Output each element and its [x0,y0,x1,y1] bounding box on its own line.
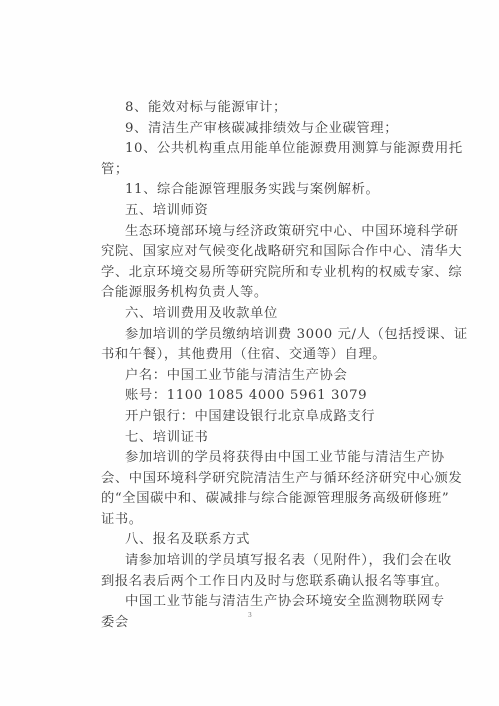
text-line: 户名：中国工业节能与清洁生产协会 [101,366,401,387]
text-line: 学、北京环境交易所等研究院所和专业机构的权威专家、综 [101,263,401,284]
document-page: 8、能效对标与能源审计；9、清洁生产审核碳减排绩效与企业碳管理；10、公共机构重… [0,0,499,706]
text-line: 六、培训费用及收款单位 [101,304,401,325]
text-line: 合能源服务机构负责人等。 [101,283,401,304]
text-line: 参加培训的学员缴纳培训费 3000 元/人（包括授课、证 [101,325,401,346]
text-line: 会、中国环境科学研究院清洁生产与循环经济研究中心颁发 [101,469,401,490]
text-line: 管； [101,160,401,181]
text-line: 账号：1100 1085 4000 5961 3079 [101,386,401,407]
text-line: 究院、国家应对气候变化战略研究和国际合作中心、清华大 [101,242,401,263]
text-line: 书和午餐），其他费用（住宿、交通等）自理。 [101,345,401,366]
text-line: 中国工业节能与清洁生产协会环境安全监测物联网专 [101,592,401,613]
text-line: 11、综合能源管理服务实践与案例解析。 [101,180,401,201]
text-line: 五、培训师资 [101,201,401,222]
text-line: 到报名表后两个工作日内及时与您联系确认报名等事宜。 [101,572,401,593]
text-line: 开户银行：中国建设银行北京阜成路支行 [101,407,401,428]
text-line: 八、报名及联系方式 [101,530,401,551]
page-number: 3 [248,612,252,619]
text-line: 参加培训的学员将获得由中国工业节能与清洁生产协 [101,448,401,469]
text-line: 的“全国碳中和、碳减排与综合能源管理服务高级研修班” [101,489,401,510]
text-line: 8、能效对标与能源审计； [101,98,401,119]
text-line: 10、公共机构重点用能单位能源费用测算与能源费用托 [101,139,401,160]
text-line: 请参加培训的学员填写报名表（见附件），我们会在收 [101,551,401,572]
document-body: 8、能效对标与能源审计；9、清洁生产审核碳减排绩效与企业碳管理；10、公共机构重… [101,98,401,633]
text-line: 生态环境部环境与经济政策研究中心、中国环境科学研 [101,222,401,243]
text-line: 证书。 [101,510,401,531]
text-line: 9、清洁生产审核碳减排绩效与企业碳管理； [101,119,401,140]
text-line: 七、培训证书 [101,428,401,449]
